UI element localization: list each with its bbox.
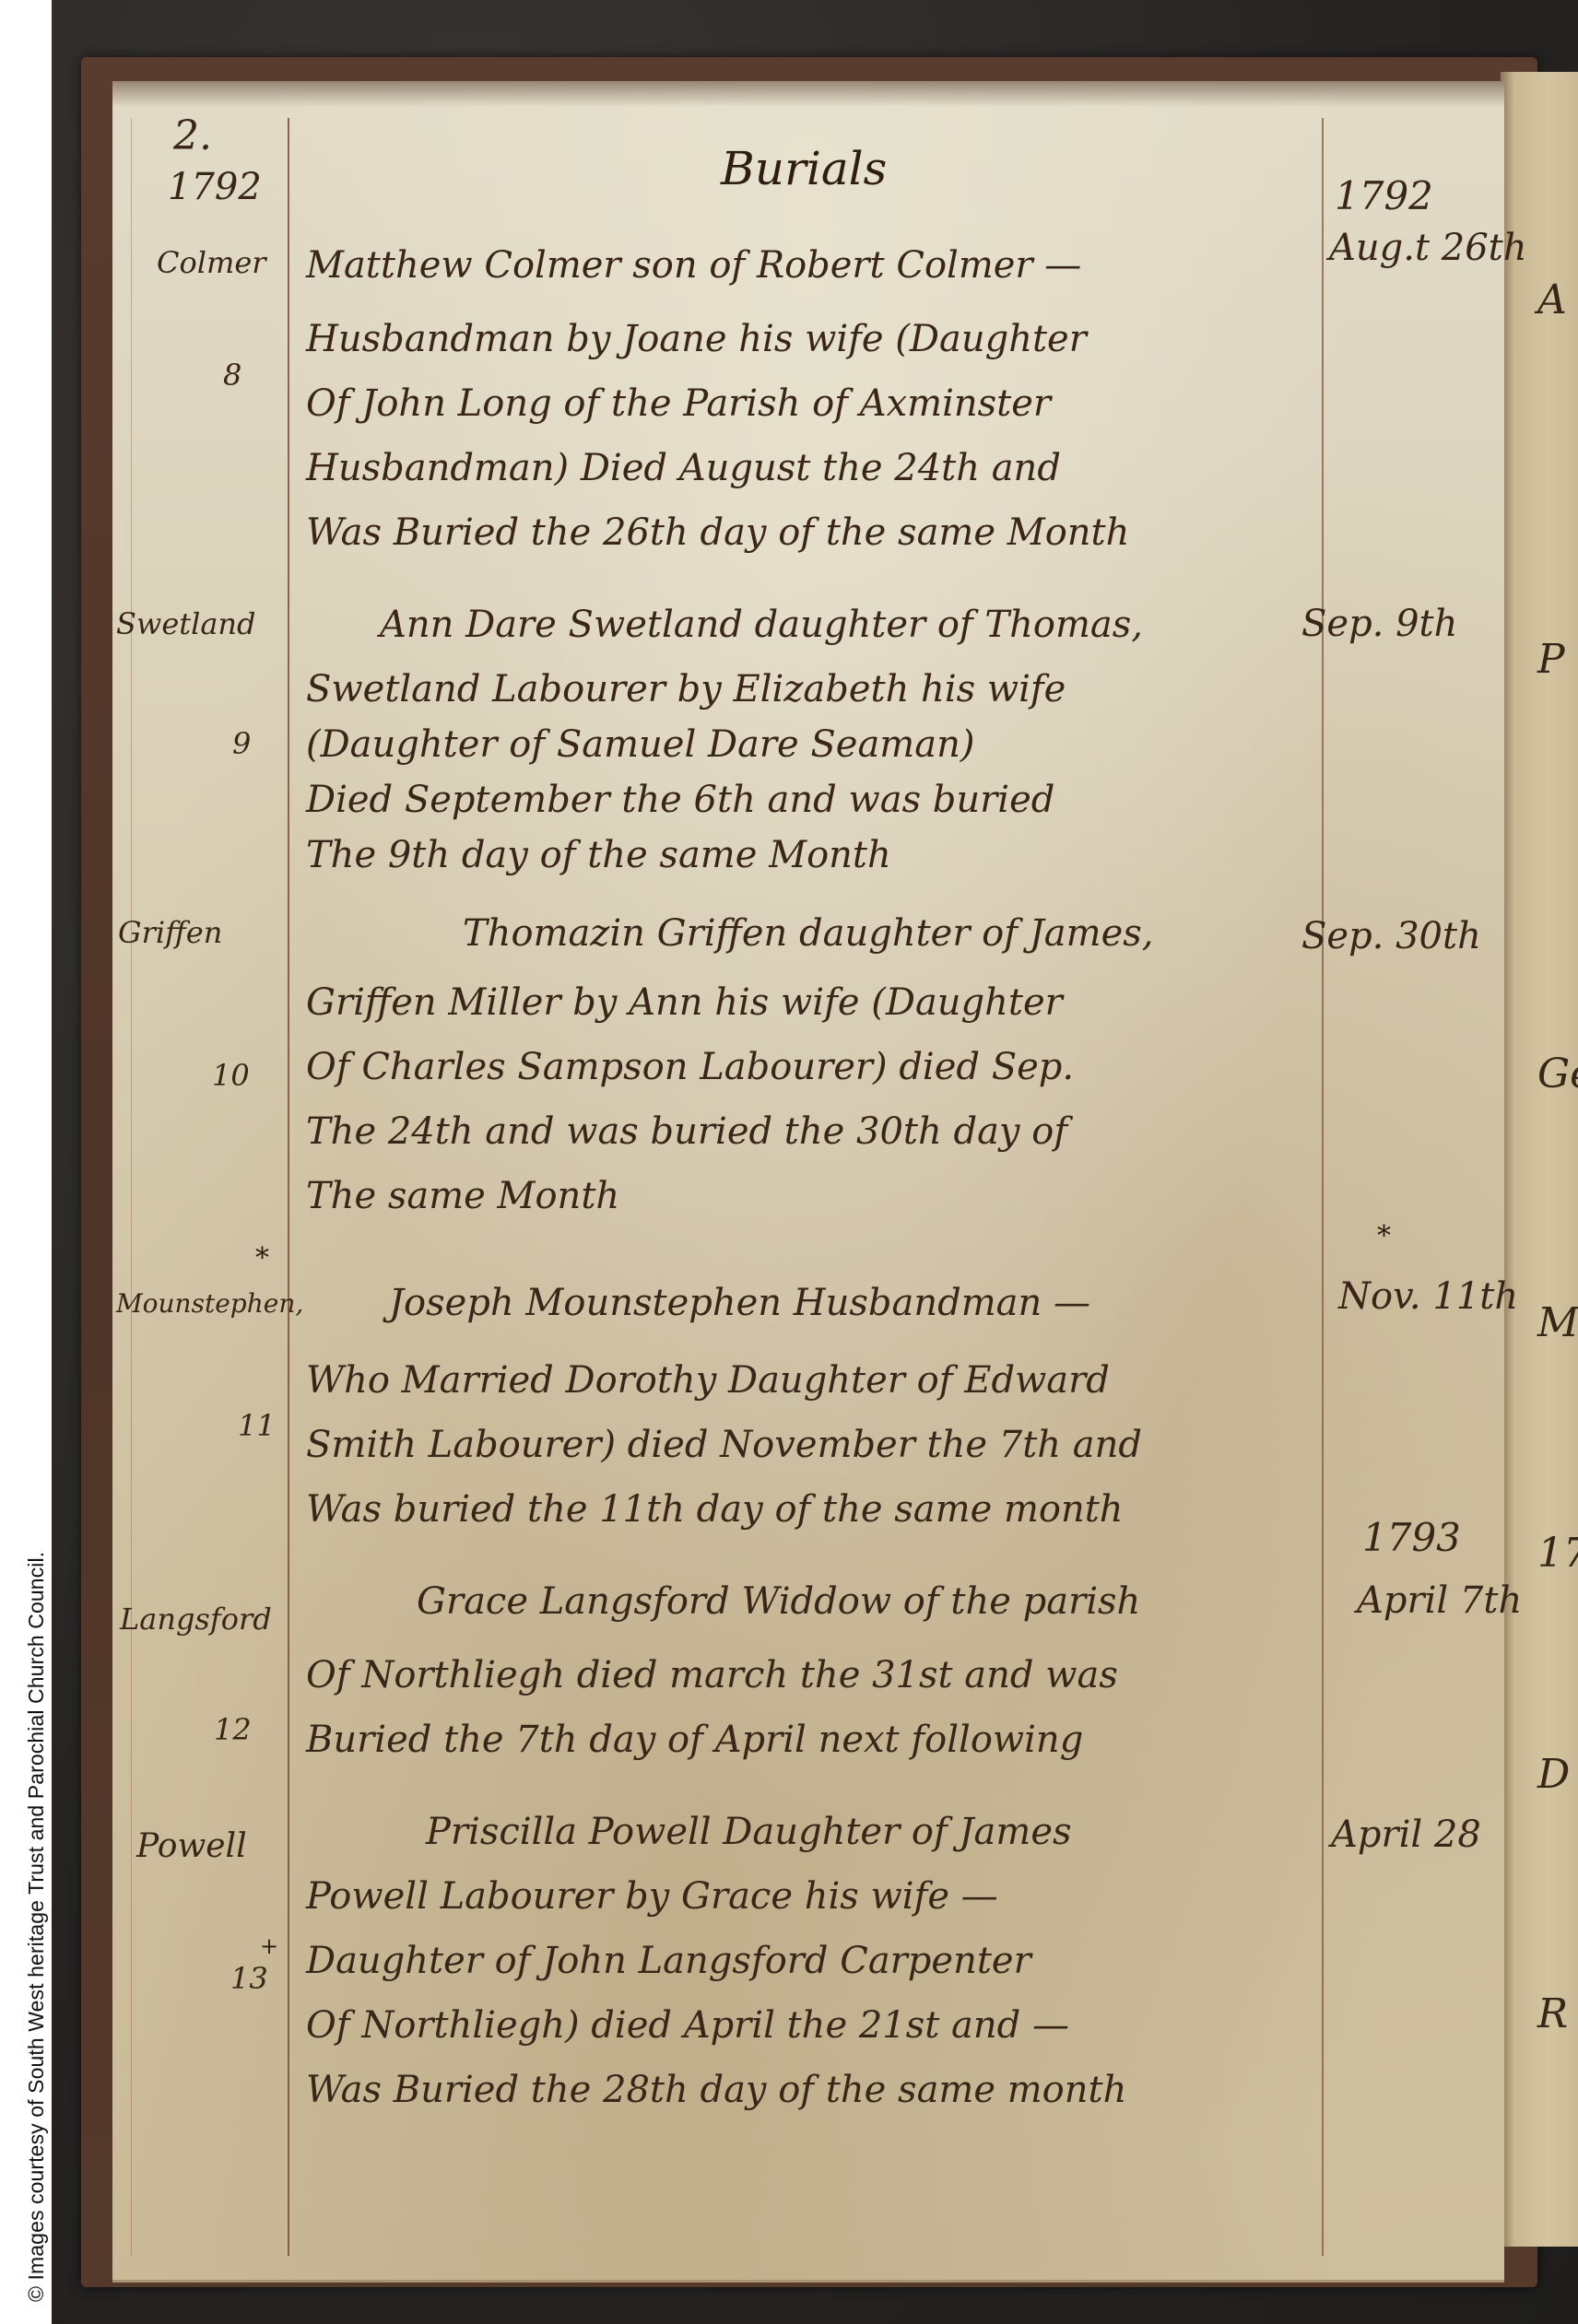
entry-number: 8 xyxy=(223,358,241,393)
entry-number: 13 xyxy=(230,1961,268,1996)
entry-date-year: 1793 xyxy=(1362,1515,1461,1560)
entry-number: 10 xyxy=(212,1058,250,1093)
entry-surname: Langsford xyxy=(120,1602,272,1637)
entry-text-line: Grace Langsford Widdow of the parish xyxy=(417,1583,1140,1620)
entry-text-line: Was Buried the 26th day of the same Mont… xyxy=(306,514,1129,551)
entry-text-line: Husbandman) Died August the 24th and xyxy=(306,450,1061,487)
facing-page-glyph: 17 xyxy=(1537,1530,1578,1577)
facing-page-glyph: M xyxy=(1537,1299,1578,1346)
entry-burial-date: Nov. 11th xyxy=(1338,1275,1518,1318)
entry-text-line: Died September the 6th and was buried xyxy=(306,781,1054,818)
entry-text-line: The same Month xyxy=(306,1178,619,1215)
facing-page-glyph: Ge xyxy=(1537,1050,1578,1097)
entry-text-line: Of John Long of the Parish of Axminster xyxy=(306,385,1051,422)
entry-text-line: Daughter of John Langsford Carpenter xyxy=(306,1943,1031,1979)
margin-year: 1792 xyxy=(168,166,262,208)
entry-burial-date: April 28 xyxy=(1331,1813,1481,1856)
margin-rule-outer xyxy=(131,118,132,2256)
entry-marker-asterisk: * xyxy=(255,1242,269,1274)
entry-text-line: Priscilla Powell Daughter of James xyxy=(426,1813,1072,1850)
folio-number: 2. xyxy=(173,112,212,159)
entry-surname: Colmer xyxy=(157,245,266,280)
facing-page-edge xyxy=(1501,72,1578,2247)
entry-text-line: Swetland Labourer by Elizabeth his wife xyxy=(306,671,1066,708)
entry-burial-date: Aug.t 26th xyxy=(1329,227,1527,269)
entry-text-line: Buried the 7th day of April next followi… xyxy=(306,1721,1083,1758)
entry-text-line: Powell Labourer by Grace his wife — xyxy=(306,1878,998,1915)
entry-text-line: Husbandman by Joane his wife (Daughter xyxy=(306,321,1087,358)
entry-text-line: Thomazin Griffen daughter of James, xyxy=(463,915,1154,952)
margin-rule-left xyxy=(288,118,289,2256)
entry-text-line: Matthew Colmer son of Robert Colmer — xyxy=(306,247,1081,284)
entry-burial-date: April 7th xyxy=(1357,1579,1522,1622)
date-marker-asterisk: * xyxy=(1377,1220,1391,1252)
entry-number: 9 xyxy=(232,726,251,761)
entry-text-line: Joseph Mounstephen Husbandman — xyxy=(389,1285,1090,1321)
entry-marker-cross: + xyxy=(260,1933,278,1959)
page-heading: Burials xyxy=(721,142,887,195)
entry-text-line: The 24th and was buried the 30th day of xyxy=(306,1113,1067,1150)
entry-text-line: Griffen Miller by Ann his wife (Daughter xyxy=(306,984,1063,1021)
entry-burial-date: Sep. 9th xyxy=(1301,603,1457,645)
entry-text-line: Smith Labourer) died November the 7th an… xyxy=(306,1426,1142,1463)
document-scan: © Images courtesy of South West heritage… xyxy=(0,0,1578,2324)
credit-strip: © Images courtesy of South West heritage… xyxy=(0,0,52,2324)
entry-number: 11 xyxy=(238,1408,276,1443)
entry-text-line: Who Married Dorothy Daughter of Edward xyxy=(306,1362,1110,1399)
entry-surname: Mounstephen, xyxy=(116,1288,303,1319)
entry-text-line: Was buried the 11th day of the same mont… xyxy=(306,1491,1124,1528)
entry-surname: Swetland xyxy=(116,606,256,641)
facing-page-glyph: D xyxy=(1537,1751,1570,1798)
entry-date-year: 1792 xyxy=(1335,173,1433,218)
margin-rule-right xyxy=(1322,118,1324,2256)
register-page: 2. 1792 Burials Colmer 8 1792 Aug.t 26th… xyxy=(112,81,1504,2283)
copyright-credit: © Images courtesy of South West heritage… xyxy=(26,1552,47,2302)
entry-number: 12 xyxy=(214,1712,252,1747)
entry-text-line: Of Northliegh) died April the 21st and — xyxy=(306,2007,1069,2044)
entry-text-line: The 9th day of the same Month xyxy=(306,837,891,874)
entry-surname: Griffen xyxy=(118,915,222,950)
entry-burial-date: Sep. 30th xyxy=(1301,915,1481,957)
entry-surname: Powell xyxy=(136,1827,247,1865)
entry-text-line: Of Northliegh died march the 31st and wa… xyxy=(306,1657,1118,1694)
entry-text-line: Of Charles Sampson Labourer) died Sep. xyxy=(306,1049,1074,1086)
entry-text-line: Was Buried the 28th day of the same mont… xyxy=(306,2072,1126,2108)
facing-page-glyph: A xyxy=(1537,276,1567,323)
entry-text-line: (Daughter of Samuel Dare Seaman) xyxy=(306,726,974,763)
entry-text-line: Ann Dare Swetland daughter of Thomas, xyxy=(380,606,1143,643)
facing-page-glyph: R xyxy=(1537,1990,1568,2037)
facing-page-glyph: P xyxy=(1537,636,1565,683)
